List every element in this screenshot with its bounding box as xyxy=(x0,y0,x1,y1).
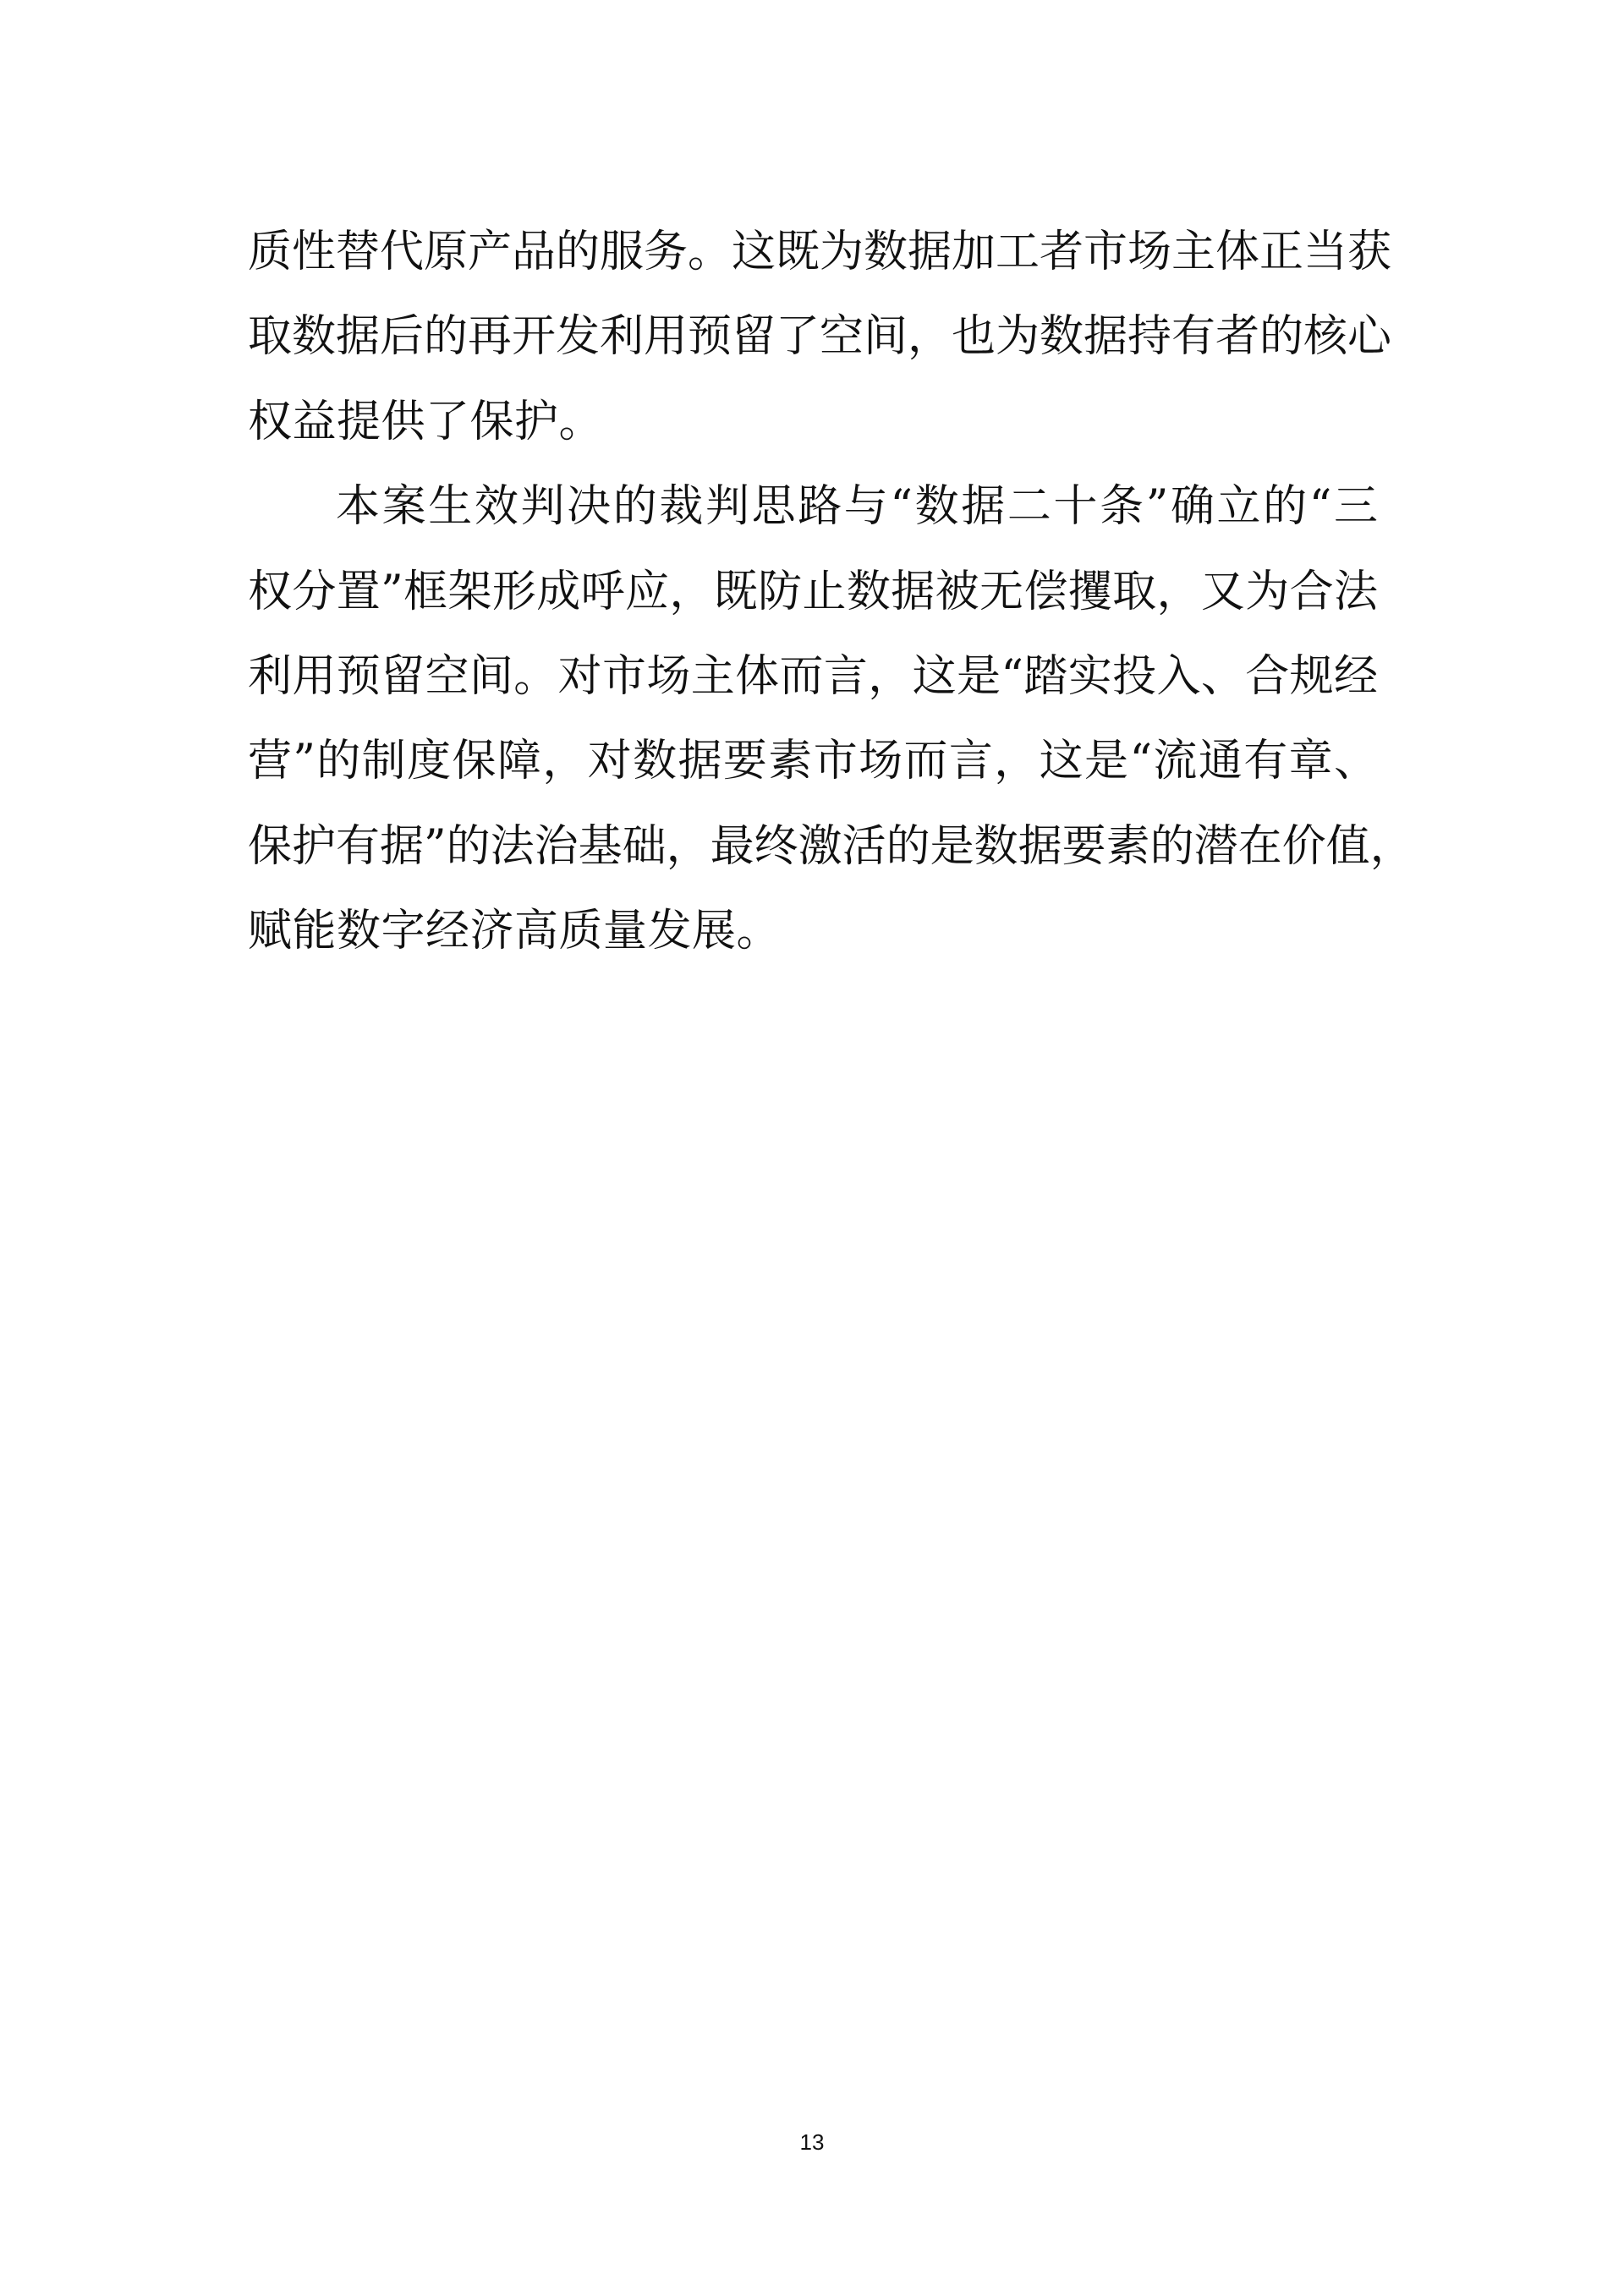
text-line: 营”的制度保障，对数据要素市场而言，这是“流通有章、 xyxy=(248,719,1378,803)
text-line: 赋能数字经济高质量发展。 xyxy=(248,889,1378,973)
paragraph-2: 本案生效判决的裁判思路与“数据二十条”确立的“三 权分置”框架形成呼应，既防止数… xyxy=(248,464,1378,973)
body-text: 质性替代原产品的服务。这既为数据加工者市场主体正当获 取数据后的再开发利用预留了… xyxy=(248,210,1378,974)
text-line: 利用预留空间。对市场主体而言，这是“踏实投入、合规经 xyxy=(248,634,1378,719)
text-line: 权分置”框架形成呼应，既防止数据被无偿攫取，又为合法 xyxy=(248,550,1378,634)
paragraph-1: 质性替代原产品的服务。这既为数据加工者市场主体正当获 取数据后的再开发利用预留了… xyxy=(248,210,1378,464)
text-line: 本案生效判决的裁判思路与“数据二十条”确立的“三 xyxy=(248,464,1378,549)
text-line: 取数据后的再开发利用预留了空间，也为数据持有者的核心 xyxy=(248,294,1378,379)
text-line: 权益提供了保护。 xyxy=(248,380,1378,464)
page-number: 13 xyxy=(0,2129,1624,2156)
text-line: 保护有据”的法治基础，最终激活的是数据要素的潜在价值， xyxy=(248,804,1378,889)
text-line: 质性替代原产品的服务。这既为数据加工者市场主体正当获 xyxy=(248,210,1378,294)
document-page: 质性替代原产品的服务。这既为数据加工者市场主体正当获 取数据后的再开发利用预留了… xyxy=(0,0,1624,2296)
